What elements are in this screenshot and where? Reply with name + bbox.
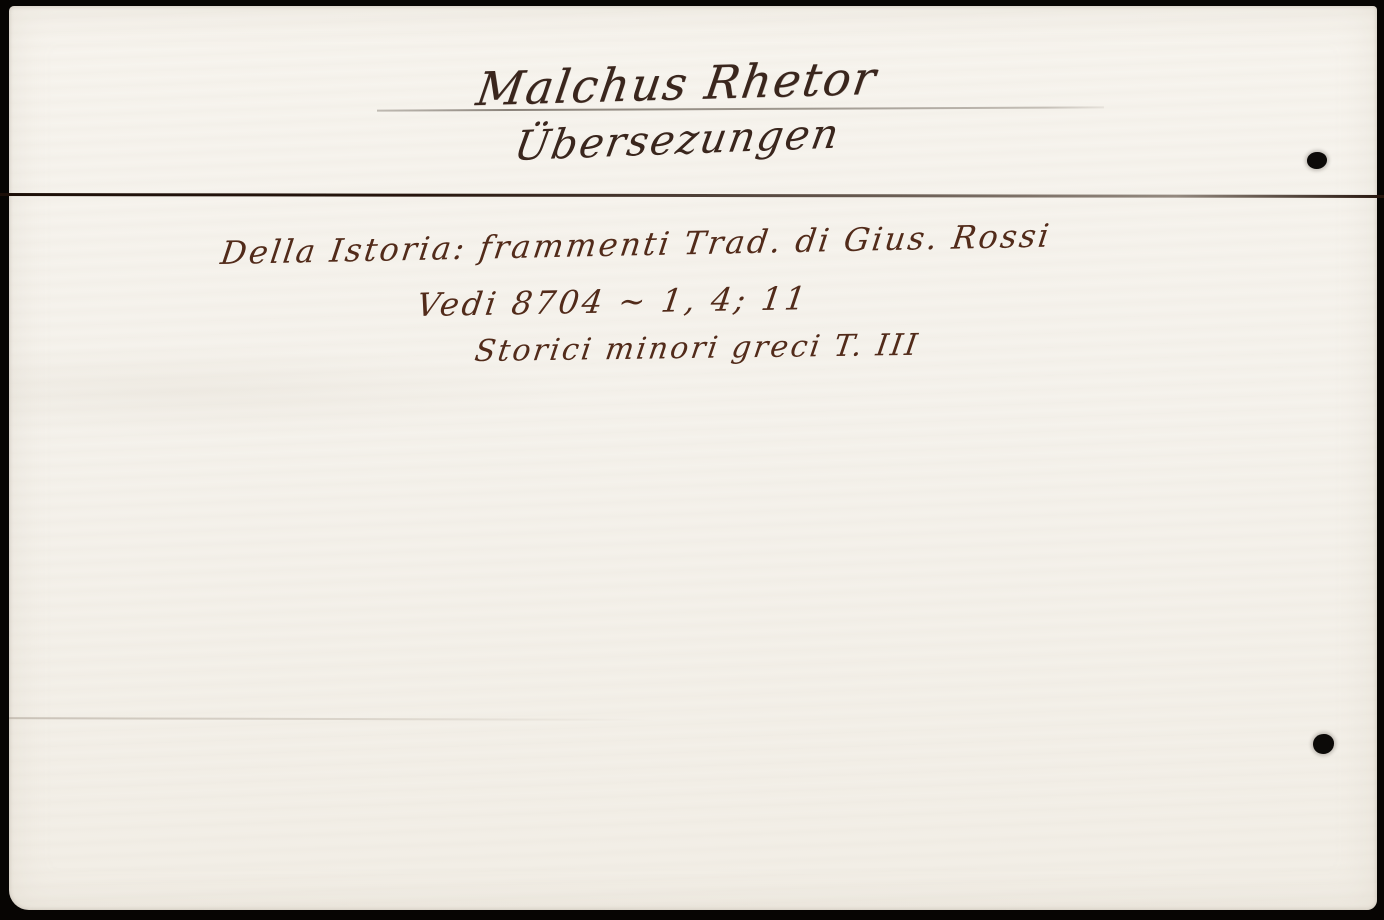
scanned-document: Malchus Rhetor Übersezungen Della Istori… — [0, 0, 1384, 920]
document-subtitle: Übersezungen — [511, 109, 844, 170]
paper-card: Malchus Rhetor Übersezungen Della Istori… — [9, 6, 1377, 910]
horizontal-rule — [0, 193, 1384, 198]
ink-dot-bottom — [1313, 734, 1334, 754]
body-line: Della Istoria: frammenti Trad. di Gius. … — [218, 217, 1053, 273]
document-title: Malchus Rhetor — [473, 51, 881, 116]
body-line: Storici minori greci T. III — [472, 328, 921, 369]
ink-dot-top — [1307, 152, 1327, 169]
body-line: Vedi 8704 ~ 1, 4; 11 — [414, 279, 811, 324]
paper-crease — [9, 717, 654, 720]
